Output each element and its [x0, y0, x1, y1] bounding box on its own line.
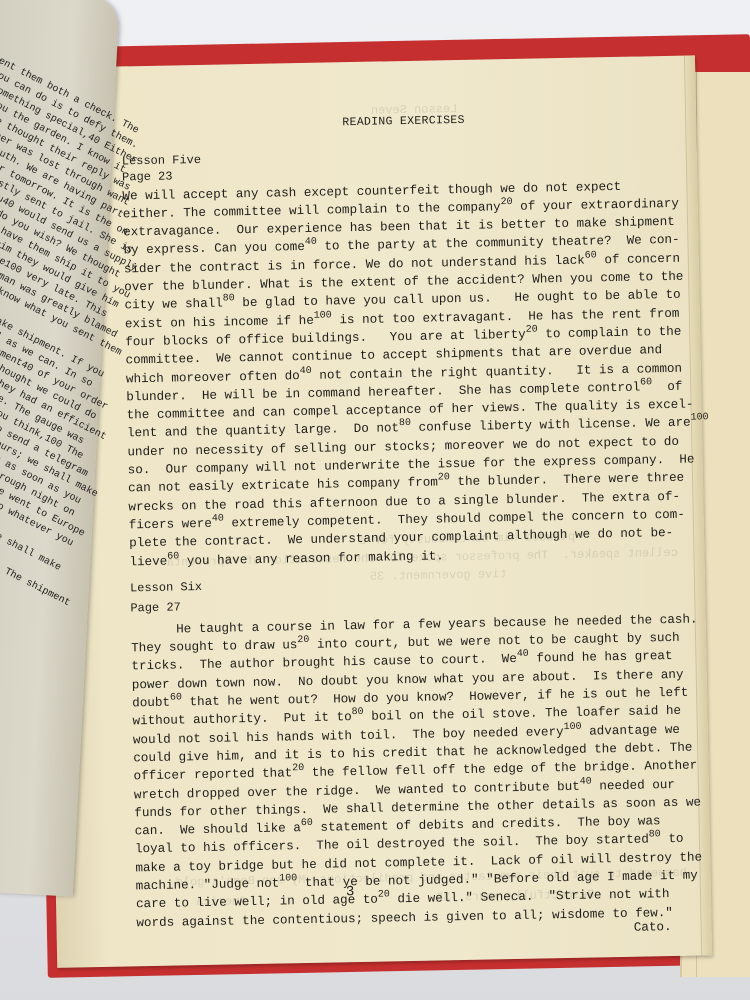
page-number: 3	[346, 884, 355, 900]
word-count-marker: 20	[378, 890, 390, 901]
word-count-marker: 40	[580, 776, 592, 787]
word-count-marker: 20	[297, 635, 309, 646]
word-count-marker: 100	[563, 721, 581, 732]
word-count-marker: 20	[526, 324, 538, 335]
lesson-six-page-ref: Page 27	[130, 591, 655, 615]
word-count-marker: 20	[292, 763, 304, 774]
word-count-marker: 100	[314, 310, 332, 321]
word-count-marker: 80	[649, 830, 661, 841]
lesson-five-heading: Lesson Five	[122, 145, 647, 169]
word-count-marker: 40	[517, 649, 529, 660]
word-count-marker: 80	[399, 418, 411, 429]
word-count-marker: 100	[279, 873, 297, 884]
page-title: READING EXERCISES	[161, 108, 646, 136]
word-count-marker: 60	[170, 692, 182, 703]
word-count-marker: 60	[585, 250, 597, 261]
word-count-marker: 60	[640, 377, 652, 388]
page-text: READING EXERCISES Lesson Five Page 23 We…	[121, 108, 662, 946]
word-count-marker: 20	[500, 197, 512, 208]
lesson-six-text: He taught a course in law for a few year…	[131, 611, 662, 932]
word-count-marker: 80	[352, 707, 364, 718]
lesson-five-text: We will accept any cash except counterfe…	[122, 179, 654, 571]
word-count-marker: 20	[438, 473, 450, 484]
word-count-marker: 100	[690, 413, 708, 424]
word-count-marker: 40	[212, 513, 224, 524]
word-count-marker: 40	[305, 237, 317, 248]
word-count-marker: 80	[223, 294, 235, 305]
word-count-marker: 60	[167, 551, 179, 562]
word-count-marker: 40	[300, 365, 312, 376]
word-count-marker: 60	[301, 818, 313, 829]
book-page: Lesson Seven plauded him continuously fo…	[40, 55, 712, 967]
